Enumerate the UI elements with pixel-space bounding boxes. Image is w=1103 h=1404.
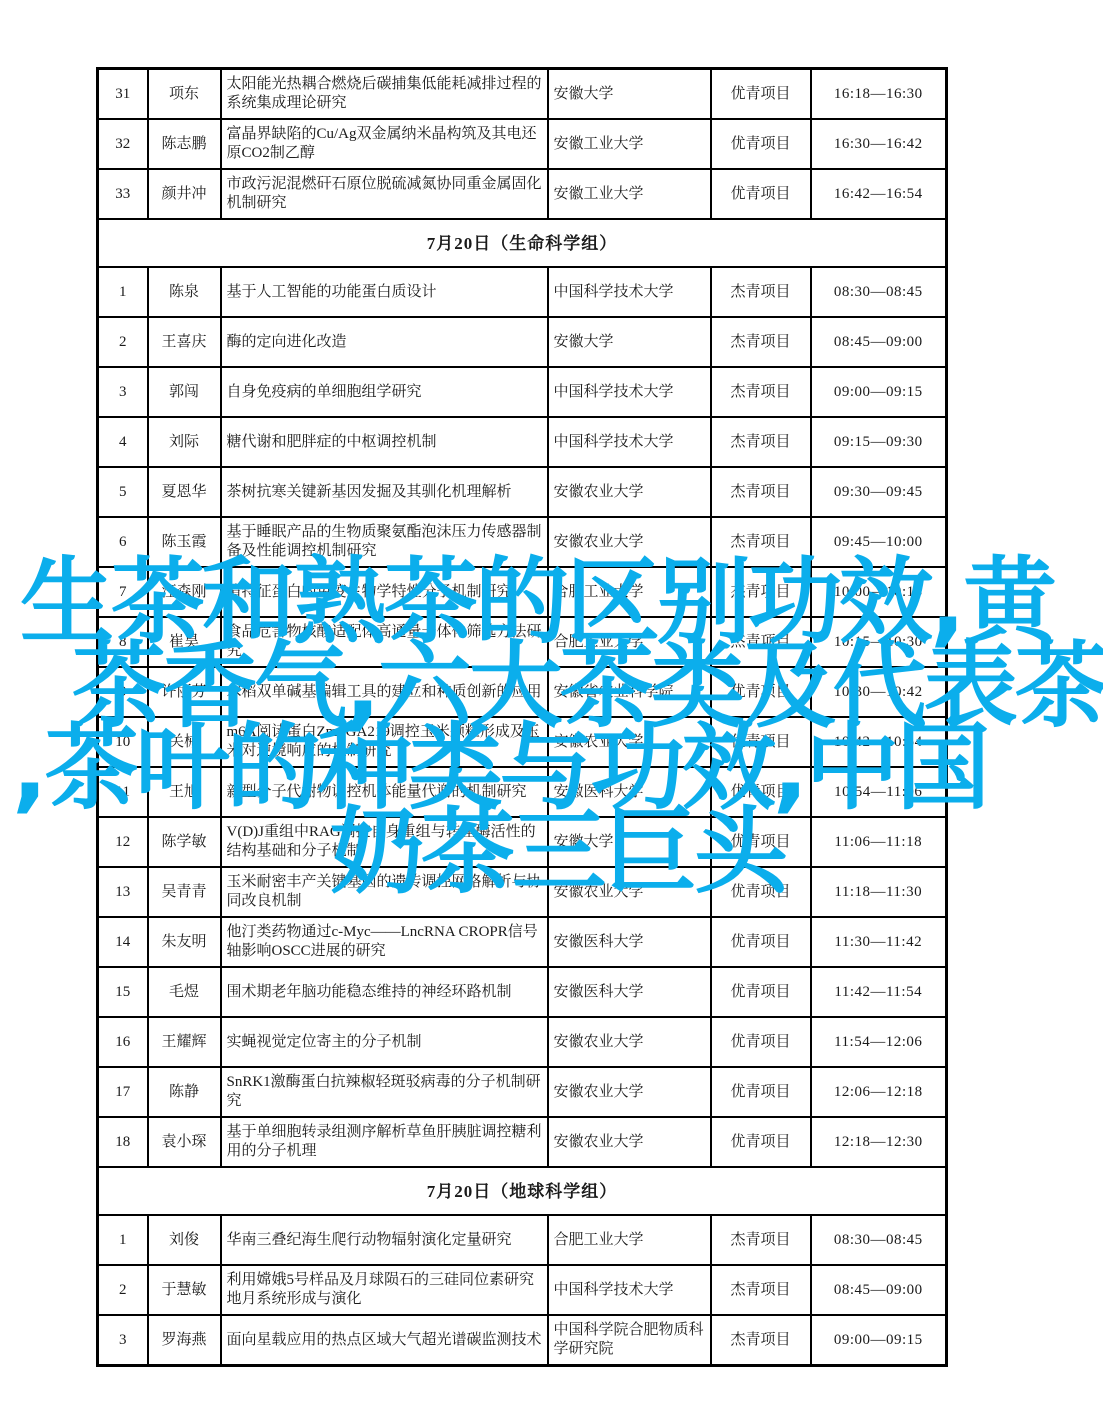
cell-time: 09:00—09:15 [811,1315,947,1366]
cell-time: 10:30—10:42 [811,667,947,717]
table-row: 2于慧敏利用嫦娥5号样品及月球陨石的三硅同位素研究地月系统形成与演化中国科学技术… [98,1265,947,1315]
cell-project: 杰青项目 [711,1215,811,1265]
cell-no: 33 [98,169,148,219]
cell-no: 3 [98,1315,148,1366]
cell-university: 安徽农业大学 [548,717,711,767]
cell-project: 优青项目 [711,1067,811,1117]
cell-project: 优青项目 [711,967,811,1017]
cell-project: 杰青项目 [711,1315,811,1366]
cell-no: 2 [98,1265,148,1315]
cell-university: 合肥工业大学 [548,1215,711,1265]
cell-university: 安徽工业大学 [548,169,711,219]
cell-time: 11:54—12:06 [811,1017,947,1067]
cell-university: 安徽农业大学 [548,1067,711,1117]
cell-project: 优青项目 [711,817,811,867]
schedule-table: 31项东太阳能光热耦合燃烧后碳捕集低能耗减排过程的系统集成理论研究安徽大学优青项… [96,67,948,1367]
cell-project: 优青项目 [711,69,811,120]
cell-no: 1 [98,267,148,317]
cell-no: 16 [98,1017,148,1067]
section-header-row: 7月20日（地球科学组） [98,1167,947,1215]
cell-university: 合肥工业大学 [548,567,711,617]
cell-university: 安徽医科大学 [548,767,711,817]
cell-project: 优青项目 [711,867,811,917]
cell-time: 08:30—08:45 [811,1215,947,1265]
cell-name: 刘际 [148,417,221,467]
cell-university: 中国科学技术大学 [548,267,711,317]
cell-no: 3 [98,367,148,417]
table-row: 4刘际糖代谢和肥胖症的中枢调控机制中国科学技术大学杰青项目09:15—09:30 [98,417,947,467]
cell-no: 9 [98,667,148,717]
table-row: 11王旭新型分子代谢物调控机体能量代谢的机制研究安徽医科大学优青项目10:54—… [98,767,947,817]
cell-university: 安徽农业大学 [548,467,711,517]
cell-title: 基于单细胞转录组测序解析草鱼肝胰脏调控糖利用的分子机理 [221,1117,548,1167]
cell-name: 汪森刚 [148,567,221,617]
cell-time: 10:54—11:06 [811,767,947,817]
table-row: 15毛煜围术期老年脑功能稳态维持的神经环路机制安徽医科大学优青项目11:42—1… [98,967,947,1017]
cell-project: 杰青项目 [711,417,811,467]
cell-title: 实蝇视觉定位寄主的分子机制 [221,1017,548,1067]
cell-title: 水稻双单碱基编辑工具的建立和种质创新的应用 [221,667,548,717]
cell-university: 安徽医科大学 [548,967,711,1017]
cell-name: 陈静 [148,1067,221,1117]
cell-no: 5 [98,467,148,517]
cell-project: 杰青项目 [711,567,811,617]
cell-name: 陈泉 [148,267,221,317]
section-title: 7月20日（生命科学组） [98,219,947,267]
cell-name: 于慧敏 [148,1265,221,1315]
cell-name: 毛煜 [148,967,221,1017]
cell-time: 09:00—09:15 [811,367,947,417]
cell-no: 2 [98,317,148,367]
cell-time: 09:15—09:30 [811,417,947,467]
cell-project: 杰青项目 [711,267,811,317]
cell-name: 罗海燕 [148,1315,221,1366]
cell-university: 安徽省农业科学院 [548,667,711,717]
cell-name: 项东 [148,69,221,120]
cell-university: 安徽大学 [548,69,711,120]
table-row: 6陈玉霞基于睡眠产品的生物质聚氨酯泡沫压力传感器制备及性能调控机制研究安徽农业大… [98,517,947,567]
cell-title: m6A阅读蛋白ZmSGA219调控玉米颗粒形成及玉米对逆境响应的机制研究 [221,717,548,767]
table-row: 16王耀辉实蝇视觉定位寄主的分子机制安徽农业大学优青项目11:54—12:06 [98,1017,947,1067]
table-row: 14朱友明他汀类药物通过c-Myc——LncRNA CROPR信号轴影响OSCC… [98,917,947,967]
cell-title: 市政污泥混燃矸石原位脱硫减氮协同重金属固化机制研究 [221,169,548,219]
cell-name: 王旭 [148,767,221,817]
cell-no: 7 [98,567,148,617]
cell-no: 15 [98,967,148,1017]
cell-time: 10:42—10:54 [811,717,947,767]
table-row: 9许丽芳水稻双单碱基编辑工具的建立和种质创新的应用安徽省农业科学院优青项目10:… [98,667,947,717]
cell-time: 16:42—16:54 [811,169,947,219]
cell-title: 太阳能光热耦合燃烧后碳捕集低能耗减排过程的系统集成理论研究 [221,69,548,120]
cell-no: 10 [98,717,148,767]
cell-title: 利用嫦娥5号样品及月球陨石的三硅同位素研究地月系统形成与演化 [221,1265,548,1315]
cell-name: 郭闯 [148,367,221,417]
cell-time: 08:45—09:00 [811,1265,947,1315]
cell-university: 安徽农业大学 [548,1117,711,1167]
cell-title: 基于睡眠产品的生物质聚氨酯泡沫压力传感器制备及性能调控机制研究 [221,517,548,567]
cell-name: 王喜庆 [148,317,221,367]
cell-project: 优青项目 [711,1017,811,1067]
cell-time: 11:18—11:30 [811,867,947,917]
cell-name: 关械 [148,717,221,767]
cell-university: 中国科学技术大学 [548,367,711,417]
cell-project: 优青项目 [711,169,811,219]
table-row: 1陈泉基于人工智能的功能蛋白质设计中国科学技术大学杰青项目08:30—08:45 [98,267,947,317]
cell-no: 12 [98,817,148,867]
cell-project: 优青项目 [711,917,811,967]
cell-name: 许丽芳 [148,667,221,717]
cell-name: 朱友明 [148,917,221,967]
cell-name: 颜井冲 [148,169,221,219]
cell-no: 1 [98,1215,148,1265]
cell-time: 08:30—08:45 [811,267,947,317]
cell-time: 11:30—11:42 [811,917,947,967]
cell-no: 31 [98,69,148,120]
cell-time: 08:45—09:00 [811,317,947,367]
cell-title: 玉米耐密丰产关键基因的遗传调控网络解析与协同改良机制 [221,867,548,917]
cell-name: 陈学敏 [148,817,221,867]
cell-no: 4 [98,417,148,467]
cell-time: 16:30—16:42 [811,119,947,169]
cell-name: 吴青青 [148,867,221,917]
cell-title: 华南三叠纪海生爬行动物辐射演化定量研究 [221,1215,548,1265]
cell-no: 17 [98,1067,148,1117]
cell-name: 袁小琛 [148,1117,221,1167]
cell-university: 安徽工业大学 [548,119,711,169]
cell-no: 13 [98,867,148,917]
cell-time: 10:15—10:30 [811,617,947,667]
table-row: 12陈学敏V(D)J重组中RAG调控自身重组与转座酶活性的结构基础和分子机制安徽… [98,817,947,867]
cell-university: 安徽大学 [548,817,711,867]
cell-university: 安徽大学 [548,317,711,367]
table-row: 3罗海燕面向星载应用的热点区域大气超光谱碳监测技术中国科学院合肥物质科学研究院杰… [98,1315,947,1366]
cell-no: 18 [98,1117,148,1167]
cell-title: V(D)J重组中RAG调控自身重组与转座酶活性的结构基础和分子机制 [221,817,548,867]
cell-time: 09:30—09:45 [811,467,947,517]
cell-title: 糖代谢和肥胖症的中枢调控机制 [221,417,548,467]
cell-title: 基于人工智能的功能蛋白质设计 [221,267,548,317]
table-row: 31项东太阳能光热耦合燃烧后碳捕集低能耗减排过程的系统集成理论研究安徽大学优青项… [98,69,947,120]
table-row: 2王喜庆酶的定向进化改造安徽大学杰青项目08:45—09:00 [98,317,947,367]
cell-university: 安徽医科大学 [548,917,711,967]
cell-title: 新型分子代谢物调控机体能量代谢的机制研究 [221,767,548,817]
table-row: 8崔昊食品危害物核酸适配体高通量一体化筛选方法研究合肥工业大学杰青项目10:15… [98,617,947,667]
table-row: 3郭闯自身免疫病的单细胞组学研究中国科学技术大学杰青项目09:00—09:15 [98,367,947,417]
cell-title: SnRK1激酶蛋白抗辣椒轻斑驳病毒的分子机制研究 [221,1067,548,1117]
cell-name: 陈玉霞 [148,517,221,567]
cell-title: 围术期老年脑功能稳态维持的神经环路机制 [221,967,548,1017]
cell-no: 8 [98,617,148,667]
cell-project: 优青项目 [711,667,811,717]
cell-no: 32 [98,119,148,169]
cell-university: 安徽农业大学 [548,1017,711,1067]
table-row: 17陈静SnRK1激酶蛋白抗辣椒轻斑驳病毒的分子机制研究安徽农业大学优青项目12… [98,1067,947,1117]
cell-name: 刘俊 [148,1215,221,1265]
cell-project: 杰青项目 [711,617,811,667]
cell-title: 茶树抗寒关键新基因发掘及其驯化机理解析 [221,467,548,517]
cell-university: 合肥工业大学 [548,617,711,667]
cell-time: 10:00—10:15 [811,567,947,617]
cell-university: 中国科学技术大学 [548,1265,711,1315]
cell-no: 14 [98,917,148,967]
cell-name: 夏恩华 [148,467,221,517]
cell-project: 杰青项目 [711,1265,811,1315]
cell-university: 安徽农业大学 [548,517,711,567]
cell-project: 优青项目 [711,119,811,169]
cell-name: 王耀辉 [148,1017,221,1067]
cell-time: 12:06—12:18 [811,1067,947,1117]
cell-time: 12:18—12:30 [811,1117,947,1167]
cell-project: 杰青项目 [711,467,811,517]
table-row: 5夏恩华茶树抗寒关键新基因发掘及其驯化机理解析安徽农业大学杰青项目09:30—0… [98,467,947,517]
cell-title: 清特征蛋白的免疫生物学特性分子机制研究 [221,567,548,617]
table-row: 10关械m6A阅读蛋白ZmSGA219调控玉米颗粒形成及玉米对逆境响应的机制研究… [98,717,947,767]
cell-time: 16:18—16:30 [811,69,947,120]
section-title: 7月20日（地球科学组） [98,1167,947,1215]
table-row: 7汪森刚清特征蛋白的免疫生物学特性分子机制研究合肥工业大学杰青项目10:00—1… [98,567,947,617]
table-row: 13吴青青玉米耐密丰产关键基因的遗传调控网络解析与协同改良机制安徽农业大学优青项… [98,867,947,917]
cell-university: 中国科学技术大学 [548,417,711,467]
schedule-table-body: 31项东太阳能光热耦合燃烧后碳捕集低能耗减排过程的系统集成理论研究安徽大学优青项… [98,69,947,1366]
cell-university: 中国科学院合肥物质科学研究院 [548,1315,711,1366]
cell-title: 食品危害物核酸适配体高通量一体化筛选方法研究 [221,617,548,667]
cell-project: 杰青项目 [711,317,811,367]
cell-project: 杰青项目 [711,367,811,417]
cell-no: 6 [98,517,148,567]
cell-project: 优青项目 [711,717,811,767]
cell-title: 酶的定向进化改造 [221,317,548,367]
cell-project: 优青项目 [711,767,811,817]
cell-university: 安徽农业大学 [548,867,711,917]
table-row: 1刘俊华南三叠纪海生爬行动物辐射演化定量研究合肥工业大学杰青项目08:30—08… [98,1215,947,1265]
document-page: 31项东太阳能光热耦合燃烧后碳捕集低能耗减排过程的系统集成理论研究安徽大学优青项… [0,0,1103,1404]
table-row: 33颜井冲市政污泥混燃矸石原位脱硫减氮协同重金属固化机制研究安徽工业大学优青项目… [98,169,947,219]
cell-no: 11 [98,767,148,817]
cell-name: 陈志鹏 [148,119,221,169]
cell-time: 11:06—11:18 [811,817,947,867]
cell-project: 优青项目 [711,1117,811,1167]
section-header-row: 7月20日（生命科学组） [98,219,947,267]
cell-time: 11:42—11:54 [811,967,947,1017]
cell-title: 面向星载应用的热点区域大气超光谱碳监测技术 [221,1315,548,1366]
table-row: 18袁小琛基于单细胞转录组测序解析草鱼肝胰脏调控糖利用的分子机理安徽农业大学优青… [98,1117,947,1167]
cell-time: 09:45—10:00 [811,517,947,567]
cell-name: 崔昊 [148,617,221,667]
cell-title: 自身免疫病的单细胞组学研究 [221,367,548,417]
cell-project: 杰青项目 [711,517,811,567]
cell-title: 富晶界缺陷的Cu/Ag双金属纳米晶构筑及其电还原CO2制乙醇 [221,119,548,169]
table-row: 32陈志鹏富晶界缺陷的Cu/Ag双金属纳米晶构筑及其电还原CO2制乙醇安徽工业大… [98,119,947,169]
cell-title: 他汀类药物通过c-Myc——LncRNA CROPR信号轴影响OSCC进展的研究 [221,917,548,967]
